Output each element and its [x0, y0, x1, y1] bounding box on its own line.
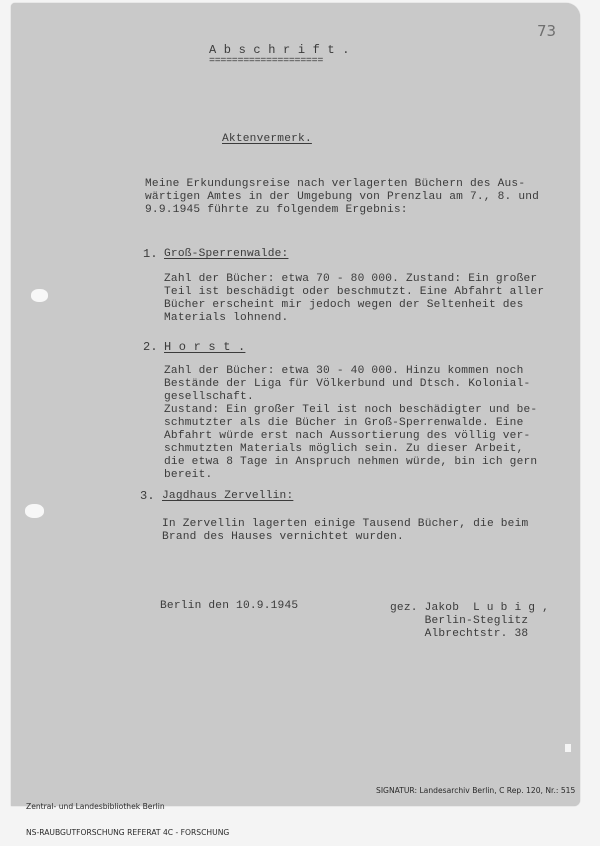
section-body-line: Brand des Hauses vernichtet wurden.	[162, 531, 404, 544]
punch-hole-upper	[31, 289, 48, 302]
section-body-line: Bestände der Liga für Völkerbund und Dts…	[164, 378, 530, 391]
section-title: H o r s t .	[164, 341, 245, 354]
section-body-line: bereit.	[164, 469, 212, 482]
section-body-line: Bücher erscheint mir jedoch wegen der Se…	[164, 299, 524, 312]
place-date: Berlin den 10.9.1945	[160, 600, 298, 613]
footer-signatur: SIGNATUR: Landesarchiv Berlin, C Rep. 12…	[376, 787, 575, 796]
section-body-line: In Zervellin lagerten einige Tausend Büc…	[162, 518, 528, 531]
section-number: 2.	[143, 341, 158, 354]
section-body-line: die etwa 8 Tage in Anspruch nehmen würde…	[164, 456, 537, 469]
section-body-line: gesellschaft.	[164, 391, 254, 404]
document-title: Aktenvermerk.	[222, 133, 312, 146]
section-body-line: schmutzter als die Bücher in Groß-Sperre…	[164, 417, 524, 430]
section-body-line: schmutzten Materials möglich sein. Zu di…	[164, 443, 524, 456]
signature-line: gez. Jakob L u b i g ,	[390, 602, 549, 615]
section-body-line: Zustand: Ein großer Teil ist noch beschä…	[164, 404, 537, 417]
footer-library: Zentral- und Landesbibliothek Berlin NS-…	[26, 786, 229, 813]
signature-line: Albrechtstr. 38	[390, 628, 528, 641]
intro-line: Meine Erkundungsreise nach verlagerten B…	[145, 178, 525, 191]
section-body-line: Teil ist beschädigt oder beschmutzt. Ein…	[164, 286, 544, 299]
intro-line: wärtigen Amtes in der Umgebung von Prenz…	[145, 191, 539, 204]
section-body-line: Zahl der Bücher: etwa 30 - 40 000. Hinzu…	[164, 365, 524, 378]
section-body-line: Abfahrt würde erst nach Aussortierung de…	[164, 430, 530, 443]
handwritten-page-number: 73	[537, 22, 556, 40]
section-number: 3.	[140, 490, 155, 503]
section-body-line: Zahl der Bücher: etwa 70 - 80 000. Zusta…	[164, 273, 537, 286]
punch-hole-lower	[25, 504, 44, 518]
section-title: Groß-Sperrenwalde:	[164, 248, 288, 261]
section-body-line: Materials lohnend.	[164, 312, 288, 325]
section-title: Jagdhaus Zervellin:	[162, 490, 293, 503]
signature-line: Berlin-Steglitz	[390, 615, 528, 628]
section-number: 1.	[143, 248, 158, 261]
heading-underline: ====================	[209, 55, 323, 68]
footer-library-name: Zentral- und Landesbibliothek Berlin	[26, 803, 229, 812]
intro-line: 9.9.1945 führte zu folgendem Ergebnis:	[145, 204, 408, 217]
page-edge-tear	[565, 744, 571, 752]
